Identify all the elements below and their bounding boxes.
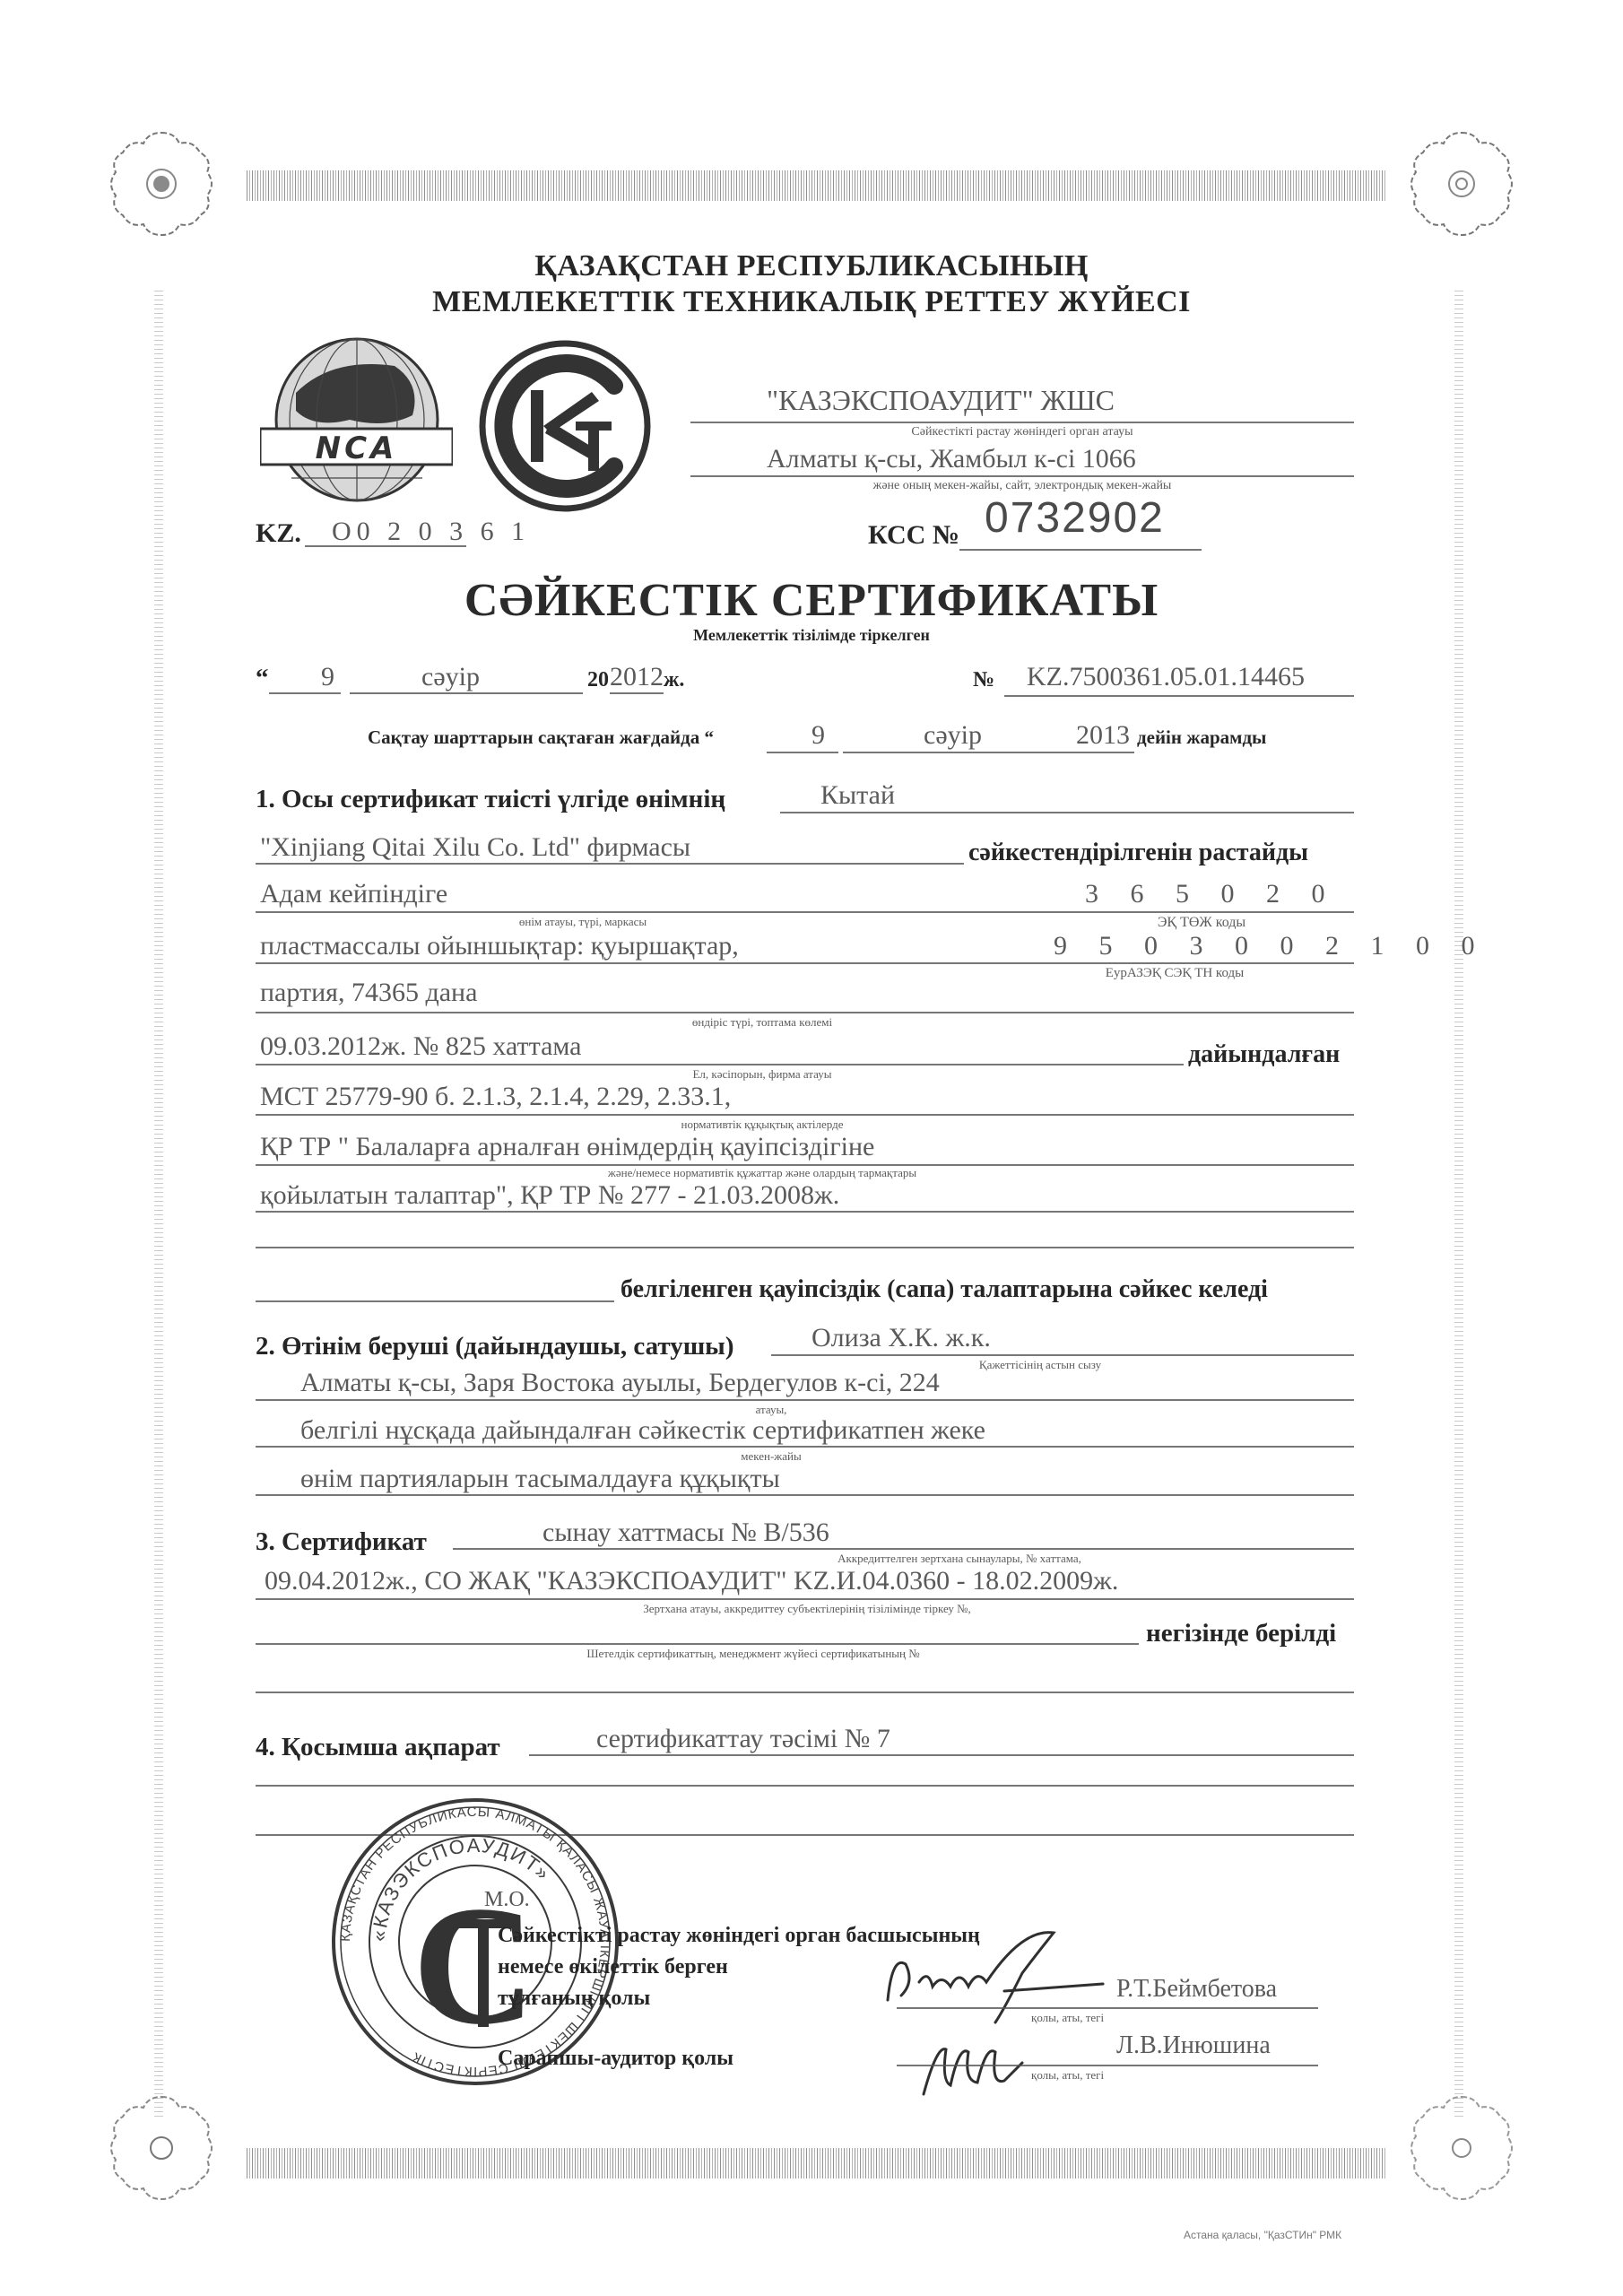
reg-month: сәуір <box>421 662 480 692</box>
kcc-label: КСС № <box>868 520 959 551</box>
globe-icon <box>260 330 453 509</box>
section1-country: Кытай <box>820 780 895 811</box>
kz-number: О0 2 0 3 6 1 <box>332 517 530 547</box>
auditor-caption: қолы, аты, тегі <box>1031 2068 1130 2083</box>
header-line-1: ҚАЗАҚСТАН РЕСПУБЛИКАСЫНЫҢ <box>0 249 1623 283</box>
issuer-name-line <box>690 422 1354 423</box>
reg-number: KZ.7500361.05.01.14465 <box>1027 662 1305 692</box>
section1-protocol: 09.03.2012ж. № 825 хаттама <box>260 1031 582 1062</box>
section1-norm1: МСТ 25779-90 б. 2.1.3, 2.1.4, 2.29, 2.33… <box>260 1082 731 1112</box>
section3-basis: сынау хаттмасы № В/536 <box>542 1518 829 1548</box>
section1-tnved-code: 9 5 0 3 0 0 2 1 0 0 <box>1054 931 1488 961</box>
head-name: Р.Т.Беймбетова <box>1116 1975 1277 2004</box>
section1-label: 1. Осы сертификат тиісті үлгіде өнімнің <box>256 785 725 814</box>
top-guilloche-border <box>247 170 1385 201</box>
section1-conclusion-line <box>256 1300 614 1302</box>
rosette-top-right-icon <box>1403 126 1520 242</box>
section2-note2: өнім партияларын тасымалдауға құқықты <box>300 1464 780 1494</box>
kcc-number-line <box>959 549 1202 551</box>
section2-applicant-caption: Қажеттісінің астын сызу <box>950 1358 1130 1372</box>
section2-applicant: Олиза Х.К. ж.к. <box>811 1323 991 1353</box>
section2-address-line <box>256 1399 1354 1401</box>
nca-logo-text: NCA <box>265 430 448 466</box>
section1-batch: партия, 74365 дана <box>260 978 477 1008</box>
kt-circle-logo <box>475 336 655 516</box>
issuer-address-caption: және оның мекен-жайы, сайт, электрондық … <box>690 479 1354 493</box>
issuer-name: "КАЗЭКСПОАУДИТ" ЖШС <box>767 384 1115 417</box>
section3-foreign-caption: Шетелдік сертификаттың, менеджмент жүйес… <box>520 1647 986 1661</box>
section2-note1-caption: мекен-жайы <box>726 1449 816 1464</box>
section1-product-caption: өнім атауы, түрі, маркасы <box>448 915 717 929</box>
section3-blank-line <box>256 1692 1354 1693</box>
reg-no-label: № <box>973 668 994 692</box>
section1-protocol-line <box>256 1064 1184 1065</box>
section2-note1-line <box>256 1446 1354 1448</box>
section1-ektozh-code: 3 6 5 0 2 0 <box>1085 879 1338 909</box>
section1-norm1-line <box>256 1114 1354 1116</box>
section4-blank-line-1 <box>256 1785 1354 1787</box>
section1-norm3-line <box>256 1211 1354 1213</box>
section4-info: сертификаттау тәсімі № 7 <box>596 1724 890 1754</box>
section2-label: 2. Өтінім беруші (дайындаушы, сатушы) <box>256 1332 733 1361</box>
kz-number-line <box>305 545 466 547</box>
section1-product2: пластмассалы ойыншықтар: қуыршақтар, <box>260 931 739 961</box>
reg-number-line <box>1004 695 1354 697</box>
section2-note2-line <box>256 1494 1354 1496</box>
certificate-title: СӘЙКЕСТІК СЕРТИФИКАТЫ <box>0 574 1623 627</box>
section2-note1: белгілі нұсқада дайындалған сәйкестік се… <box>300 1415 985 1446</box>
section1-firm: "Xinjiang Qitai Xilu Co. Ltd" фирмасы <box>260 832 690 863</box>
validity-month: сәуір <box>924 720 982 751</box>
section1-norm2: ҚР ТР " Балаларға арналған өнімдердің қа… <box>260 1132 874 1162</box>
rosette-top-left-icon <box>103 126 220 242</box>
section3-lab-caption: Зертхана атауы, аккредиттеу субъектілері… <box>583 1602 1031 1616</box>
section3-lab: 09.04.2012ж., СО ЖАҚ "КАЗЭКСПОАУДИТ" KZ.… <box>265 1566 1118 1596</box>
reg-year: 2012 <box>610 662 664 692</box>
head-label-2: немесе өкілеттік берген <box>498 1955 728 1979</box>
kz-label: KZ. <box>256 518 301 549</box>
section1-product2-line <box>256 962 1354 964</box>
section1-norm3: қойылатын талаптар", ҚР ТР № 277 - 21.03… <box>260 1180 839 1211</box>
auditor-label: Сарапшы-аудитор қолы <box>498 2047 733 2071</box>
reg-open-quote: “ <box>256 664 269 693</box>
validity-day: 9 <box>811 720 825 751</box>
auditor-signature-icon <box>915 2009 1049 2108</box>
reg-month-line <box>350 692 583 694</box>
head-label-3: тұлғаның қолы <box>498 1987 650 2011</box>
section1-conclusion: белгіленген қауіпсіздік (сапа) талаптары… <box>621 1275 1268 1304</box>
section1-tnved-caption: ЕурАЗЭҚ СЭҚ ТН коды <box>1058 966 1291 981</box>
section2-address: Алматы қ-сы, Заря Востока ауылы, Бердегу… <box>300 1368 940 1398</box>
left-guilloche-border <box>154 287 163 2117</box>
reg-year-prefix: 20 <box>587 668 609 692</box>
section1-firm-line <box>256 863 964 865</box>
rosette-bottom-left-icon <box>103 2090 220 2206</box>
auditor-name: Л.В.Инюшина <box>1116 2031 1271 2060</box>
section3-issued: негізінде берілді <box>1146 1619 1336 1648</box>
section1-ektozh-caption: ЭҚ ТӨЖ коды <box>1112 915 1291 931</box>
issuer-address: Алматы қ-сы, Жамбыл к-сі 1066 <box>767 444 1136 474</box>
section3-foreign-line <box>256 1643 1139 1645</box>
section2-applicant-line <box>771 1354 1354 1356</box>
section1-norm2-caption: және/немесе нормативтік құжаттар және ол… <box>538 1166 986 1180</box>
header-line-2: МЕМЛЕКЕТТІК ТЕХНИКАЛЫҚ РЕТТЕУ ЖҮЙЕСІ <box>0 285 1623 319</box>
section1-protocol-suffix: дайындалған <box>1188 1040 1340 1069</box>
certificate-subtitle: Мемлекеттік тізілімде тіркелген <box>0 626 1623 645</box>
section1-protocol-caption: Ел, кәсіпорын, фирма атауы <box>628 1067 897 1082</box>
section1-product-line <box>256 911 1354 913</box>
reg-year-line <box>610 692 664 694</box>
printer-imprint: Астана қаласы, "ҚазСТИн" РМК <box>1184 2229 1341 2241</box>
issuer-address-line <box>690 475 1354 477</box>
reg-year-suffix: ж. <box>664 668 684 692</box>
validity-year: 2013 <box>1076 720 1130 751</box>
bottom-guilloche-border <box>247 2148 1385 2179</box>
reg-day-line <box>269 692 341 694</box>
section1-product: Адам кейпіндіге <box>260 879 447 909</box>
right-guilloche-border <box>1454 287 1463 2117</box>
validity-prefix: Сақтау шарттарын сақтаған жағдайда “ <box>368 726 714 749</box>
validity-suffix: дейін жарамды <box>1137 726 1266 749</box>
section1-blank-line <box>256 1247 1354 1248</box>
reg-day: 9 <box>321 662 334 692</box>
section1-norm1-caption: нормативтік құқықтық актілерде <box>628 1118 897 1132</box>
section4-label: 4. Қосымша ақпарат <box>256 1733 500 1762</box>
section3-basis-line <box>453 1548 1354 1550</box>
validity-day-line <box>767 752 838 753</box>
section1-batch-line <box>256 1012 1354 1013</box>
rosette-bottom-right-icon <box>1403 2090 1520 2206</box>
auditor-signature-line <box>897 2065 1318 2066</box>
section1-confirms: сәйкестендірілгенін растайды <box>968 839 1308 867</box>
issuer-name-caption: Сәйкестікті растау жөніндегі орган атауы <box>690 425 1354 439</box>
section3-basis-caption: Аккредиттелген зертхана сынаулары, № хат… <box>771 1552 1148 1566</box>
section1-country-line <box>780 812 1354 813</box>
validity-month-year-line <box>843 752 1134 753</box>
section3-label: 3. Сертификат <box>256 1527 427 1557</box>
kcc-number: 0732902 <box>985 493 1165 543</box>
section1-batch-caption: өндіріс түрі, топтама көлемі <box>628 1015 897 1030</box>
section4-info-line <box>529 1754 1354 1756</box>
section3-lab-line <box>256 1598 1354 1600</box>
